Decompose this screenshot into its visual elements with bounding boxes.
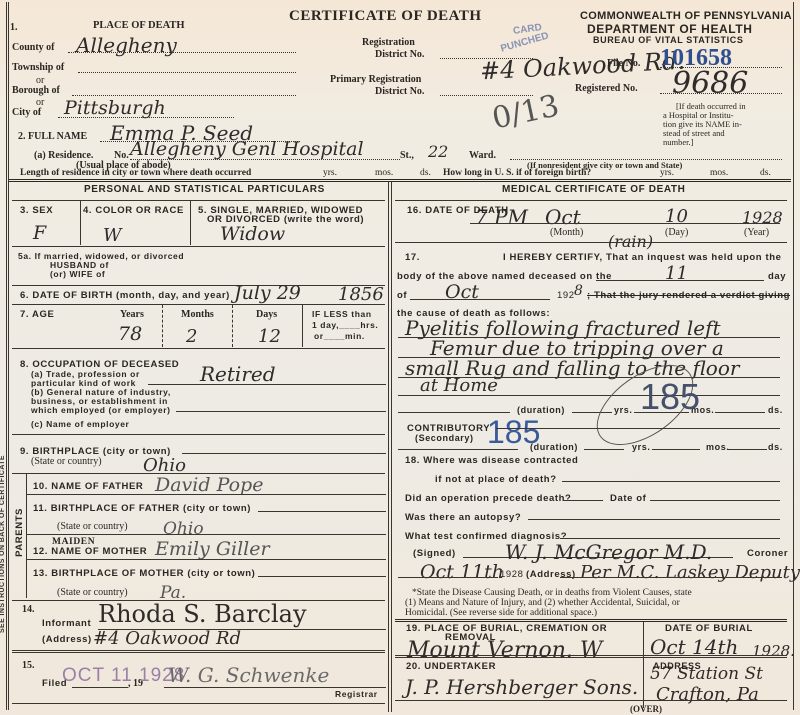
- county-label: County of: [12, 42, 55, 53]
- township-label: Township of: [12, 62, 64, 73]
- residence-value: Allegheny Genl Hospital: [130, 138, 364, 160]
- mother-value: Emily Giller: [155, 538, 270, 560]
- sex-value: F: [33, 222, 46, 244]
- age-days-value: 12: [258, 326, 281, 347]
- over-label: (OVER): [630, 704, 662, 714]
- certify-number: 17.: [405, 252, 420, 263]
- father-value: David Pope: [155, 474, 263, 496]
- street-label: St.,: [400, 150, 414, 161]
- father-label: 10. NAME OF FATHER: [33, 481, 143, 492]
- full-name-label: 2. FULL NAME: [18, 131, 87, 142]
- occupation-value: Retired: [200, 362, 276, 386]
- signed-year: 1928: [500, 569, 524, 580]
- dod-year: 1928: [742, 208, 783, 227]
- dob-year: 1856: [338, 284, 384, 305]
- county-value: Allegheny: [76, 33, 177, 57]
- primary-district-label: District No.: [375, 86, 424, 97]
- contributory-yrs: yrs.: [632, 442, 650, 452]
- less-than-label-3: or____min.: [314, 331, 365, 341]
- autopsy-label: Was there an autopsy?: [405, 512, 521, 523]
- registered-no-label: Registered No.: [575, 83, 638, 94]
- certify-line-2: body of the above named deceased on the: [397, 271, 612, 282]
- dod-month-label: (Month): [550, 227, 583, 238]
- spouse-label-3: (or) WIFE of: [50, 269, 105, 279]
- signed-address-label: (Address): [526, 569, 576, 580]
- primary-ds: ds.: [768, 405, 783, 415]
- footnote-3: Homicidal. (See reverse side for additio…: [405, 608, 597, 618]
- issuer-line-3: BUREAU OF VITAL STATISTICS: [593, 35, 743, 45]
- personal-heading: PERSONAL AND STATISTICAL PARTICULARS: [84, 184, 325, 195]
- undertaker-address-1: 57 Station St: [650, 664, 763, 684]
- mother-label: 12. NAME OF MOTHER: [33, 546, 147, 557]
- father-birthplace-label: 11. BIRTHPLACE OF FATHER (city or town): [33, 503, 251, 514]
- age-years-value: 78: [118, 323, 142, 345]
- burial-place: Mount Vernon. W: [407, 638, 603, 663]
- registration-label: Registration: [362, 37, 415, 48]
- signed-address: Per M.C. Laskey Deputy: [580, 562, 800, 583]
- race-label: 4. COLOR OR RACE: [83, 205, 184, 216]
- footnote-1: *State the Disease Causing Death, or in …: [412, 588, 692, 598]
- length-ds: ds.: [420, 168, 431, 178]
- length-yrs: yrs.: [323, 168, 337, 178]
- informant-number: 14.: [22, 604, 35, 615]
- occupation-c: (c) Name of employer: [31, 419, 129, 429]
- undertaker-address-2: Crafton, Pa: [656, 684, 759, 705]
- certify-day: 11: [665, 263, 688, 284]
- dod-month: Oct: [545, 205, 581, 229]
- primary-registration-label: Primary Registration: [330, 74, 421, 85]
- place-of-death-heading: PLACE OF DEATH: [93, 20, 185, 31]
- certify-line-3: ; That the jury rendered a verdict givin…: [587, 290, 790, 301]
- dob-month-day: July 29: [234, 282, 301, 304]
- contracted-label: 18. Where was disease contracted: [405, 455, 578, 466]
- issuer-line-2: DEPARTMENT OF HEALTH: [587, 22, 753, 36]
- place-of-death-number: 1.: [10, 22, 18, 33]
- contributory-mos: mos.: [706, 442, 729, 452]
- circled-code: 185: [640, 376, 700, 418]
- borough-label: Borough of: [12, 85, 60, 96]
- less-than-label-1: IF LESS than: [312, 309, 372, 319]
- certify-of: of: [397, 290, 407, 301]
- ward-label: Ward.: [469, 150, 496, 161]
- dob-label: 6. DATE OF BIRTH (month, day, and year): [20, 290, 230, 301]
- coroner-label: Coroner: [747, 548, 788, 559]
- informant-value: Rhoda S. Barclay: [98, 600, 307, 628]
- less-than-label-2: 1 day,____hrs.: [312, 320, 378, 330]
- parents-label: PARENTS: [14, 508, 25, 557]
- hospital-note-5: number.]: [663, 137, 693, 147]
- race-value: W: [103, 225, 122, 246]
- registration-district-label: District No.: [375, 49, 424, 60]
- sex-label: 3. SEX: [20, 205, 53, 216]
- mother-birthplace-label: 13. BIRTHPLACE OF MOTHER (city or town): [33, 568, 255, 579]
- us-mos: mos.: [710, 168, 728, 178]
- certificate-title: CERTIFICATE OF DEATH: [289, 8, 482, 25]
- marital-value: Widow: [220, 223, 285, 245]
- dod-day-label: (Day): [665, 227, 688, 238]
- issuer-line-1: COMMONWEALTH OF PENNSYLVANIA: [580, 10, 792, 22]
- birthplace-state-label: (State or country): [31, 456, 102, 467]
- certify-line-1: I HEREBY CERTIFY, That an inquest was he…: [503, 252, 782, 263]
- dod-time: 7 PM: [475, 205, 528, 229]
- length-of-residence-label: Length of residence in city or town wher…: [20, 168, 251, 178]
- burial-date-label: DATE OF BURIAL: [665, 623, 753, 634]
- death-certificate: CERTIFICATE OF DEATH COMMONWEALTH OF PEN…: [0, 0, 800, 715]
- informant-address-label: (Address): [42, 634, 92, 645]
- ward-value: 22: [428, 142, 448, 161]
- cause-line-4: at Home: [420, 375, 498, 396]
- registrar-signature: W. G. Schwenke: [168, 663, 329, 687]
- length-mos: mos.: [375, 168, 393, 178]
- mother-state-label: (State or country): [57, 587, 128, 598]
- us-ds: ds.: [760, 168, 771, 178]
- informant-address-value: #4 Oakwood Rd: [93, 628, 241, 649]
- father-birthplace-value: Ohio: [163, 519, 204, 539]
- us-yrs: yrs.: [660, 168, 674, 178]
- father-state-label: (State or country): [57, 521, 128, 532]
- secondary-label: (Secondary): [415, 433, 474, 443]
- months-label: Months: [181, 309, 214, 320]
- operation-label: Did an operation precede death?: [405, 493, 571, 504]
- medical-heading: MEDICAL CERTIFICATE OF DEATH: [502, 184, 685, 195]
- signed-date: Oct 11th: [420, 561, 504, 583]
- contracted-sub-label: if not at place of death?: [435, 474, 557, 485]
- contributory-ds: ds.: [768, 442, 783, 452]
- signed-by: W. J. McGregor M.D.: [505, 540, 712, 564]
- informant-label: Informant: [42, 618, 91, 629]
- filed-number: 15.: [22, 660, 35, 671]
- age-label: 7. AGE: [20, 309, 54, 320]
- filed-date-stamp: OCT 11 1928: [62, 665, 185, 687]
- certify-year-prefix: 192: [557, 290, 575, 301]
- certify-month: Oct: [445, 281, 479, 303]
- certify-year-digit: 8: [574, 283, 583, 299]
- margin-instructions: SEE INSTRUCTIONS ON BACK OF CERTIFICATE: [0, 455, 6, 633]
- signed-label: (Signed): [413, 548, 456, 559]
- burial-label-1: 19. PLACE OF BURIAL, CREMATION OR: [406, 623, 607, 634]
- age-months-value: 2: [186, 326, 197, 347]
- undertaker-value: J. P. Hershberger Sons.: [405, 675, 638, 699]
- city-value: Pittsburgh: [64, 97, 166, 119]
- registered-number: 9686: [672, 66, 748, 101]
- occupation-b-3: which employed (or employer): [31, 405, 171, 415]
- dod-year-label: (Year): [744, 227, 769, 238]
- us-residence-label: How long in U. S. if of foreign birth?: [443, 168, 591, 178]
- contributory-duration-label: (duration): [530, 442, 578, 452]
- file-no-label: File No.: [607, 58, 640, 69]
- undertaker-label: 20. UNDERTAKER: [406, 661, 496, 672]
- city-label: City of: [12, 107, 41, 118]
- footnote-2: (1) Means and Nature of Injury, and (2) …: [405, 598, 680, 608]
- days-label: Days: [256, 309, 277, 320]
- operation-date-label: Date of: [610, 493, 646, 504]
- certify-day-label: day: [768, 271, 786, 282]
- years-label: Years: [120, 309, 144, 320]
- registrar-label: Registrar: [335, 689, 378, 699]
